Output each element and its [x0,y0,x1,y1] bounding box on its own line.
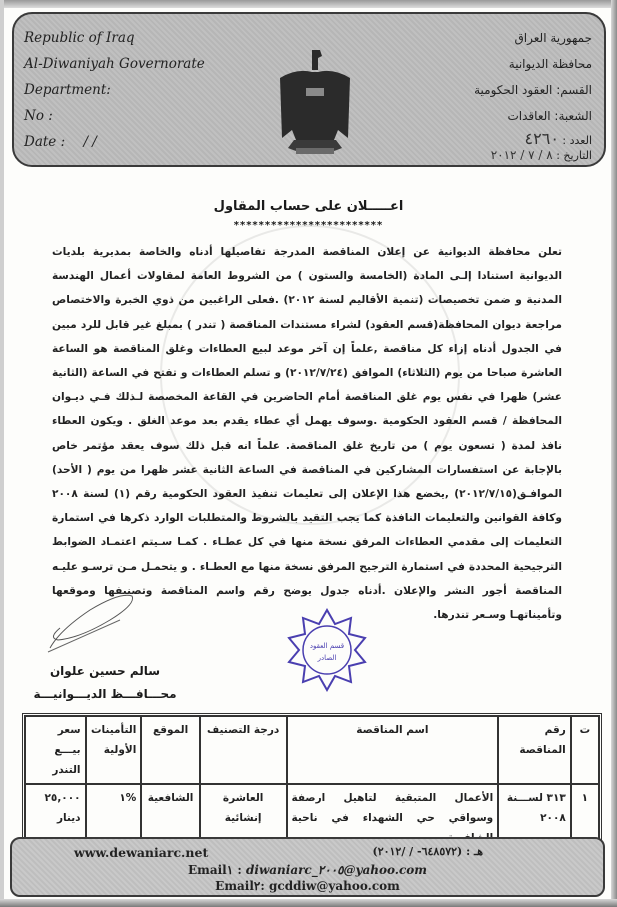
letterhead: Republic of Iraq Al-Diwaniyah Governorat… [12,12,606,167]
email-1-address[interactable]: diwaniarc_٢٠٠٥@yahoo.com [246,863,427,877]
letterhead-arabic: جمهورية العراق محافظة الديوانية القسم: ا… [474,28,592,162]
header-tender-name: اسم المناقصة [287,716,499,784]
title-separator: ************************ [0,220,617,231]
eagle-emblem-icon [276,48,354,164]
signatory-name: سالم حسين علوان [30,664,180,678]
website-link[interactable]: www.dewaniarc.net [74,845,208,860]
date-value: / / [83,134,96,150]
letterhead-english: Republic of Iraq Al-Diwaniyah Governorat… [24,28,205,158]
signature-icon [40,590,140,655]
table-header-row: ت رقم المناقصة اسم المناقصة درجة التصنيف… [25,716,599,784]
announcement-body: تعلن محافظة الديوانية عن إعلان المناقصة … [52,240,562,627]
header-tender-no: رقم المناقصة [498,716,571,784]
page-edge [611,0,617,907]
number-label: العدد : [562,134,592,147]
date-label-ar: التاريخ : [556,149,592,162]
page-edge [0,899,617,907]
date-field-en: Date : / / [24,132,205,158]
date-field-ar: التاريخ : ٨ / ٧ / ٢٠١٢ [474,149,592,162]
svg-text:قسم العقود: قسم العقود [310,642,344,650]
page-edge [0,0,4,907]
page-edge [0,0,617,8]
department-ar: القسم: العقود الحكومية [474,80,592,106]
page-title: اعـــــلان على حساب المقاول [0,199,617,214]
signatory-title: محـــافـــظ الديـــوانيـــة [30,687,180,701]
official-stamp-icon: قسم العقود الصادر [285,608,369,692]
country-en: Republic of Iraq [24,28,205,54]
phone-number: هـ : (٦٤٨٥٧٢- / /٢٠١٢) [372,845,483,858]
email-2-label: Email٢: [215,879,265,893]
header-location: الموقع [141,716,199,784]
header-seq: ت [571,716,599,784]
email-2-address[interactable]: gcddiw@yahoo.com [269,879,400,893]
date-label: Date : [24,134,65,150]
number-field: العدد : ٤٢٦٠ [474,132,592,145]
department-label: Department: [24,80,205,106]
footer: www.dewaniarc.net هـ : (٦٤٨٥٧٢- / /٢٠١٢)… [10,837,605,897]
svg-text:الصادر: الصادر [317,654,337,662]
country-ar: جمهورية العراق [474,28,592,54]
header-classification: درجة التصنيف [200,716,287,784]
governorate-en: Al-Diwaniyah Governorate [24,54,205,80]
number-value: ٤٢٦٠ [525,129,559,148]
header-insurance: التأمينات الأولية [86,716,142,784]
email-2: Email٢: gcddiw@yahoo.com [12,879,603,893]
tender-table: ت رقم المناقصة اسم المناقصة درجة التصنيف… [22,713,602,855]
governorate-ar: محافظة الديوانية [474,54,592,80]
date-value-ar: ٨ / ٧ / ٢٠١٢ [491,148,553,162]
email-1: Email١ : diwaniarc_٢٠٠٥@yahoo.com [12,863,603,877]
email-1-label: Email١ : [188,863,242,877]
header-price: سعر بيـــع التندر [25,716,86,784]
no-label: No : [24,106,205,132]
